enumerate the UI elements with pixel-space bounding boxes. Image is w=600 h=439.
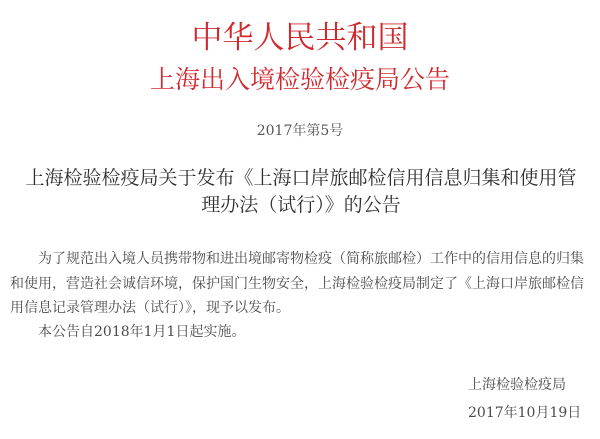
- signature-date: 2017年10月19日: [468, 403, 581, 423]
- body-paragraph-2-text: 本公告自2018年1月1日起实施。: [38, 324, 245, 340]
- signature-organization: 上海检验检疫局: [468, 375, 566, 395]
- document-number: 2017年第5号: [0, 121, 600, 141]
- body-paragraph-1-text: 为了规范出入境人员携带物和进出境邮寄物检疫（简称旅邮检）工作中的信用信息的归集和…: [10, 251, 584, 316]
- body-paragraph-1: 为了规范出入境人员携带物和进出境邮寄物检疫（简称旅邮检）工作中的信用信息的归集和…: [10, 247, 592, 321]
- header-title: 中华人民共和国: [0, 18, 600, 58]
- notice-title: 上海检验检疫局关于发布《上海口岸旅邮检信用信息归集和使用管理办法（试行）》的公告: [18, 165, 584, 219]
- header-subtitle: 上海出入境检验检疫局公告: [0, 63, 600, 97]
- body-paragraph-2: 本公告自2018年1月1日起实施。: [10, 320, 592, 345]
